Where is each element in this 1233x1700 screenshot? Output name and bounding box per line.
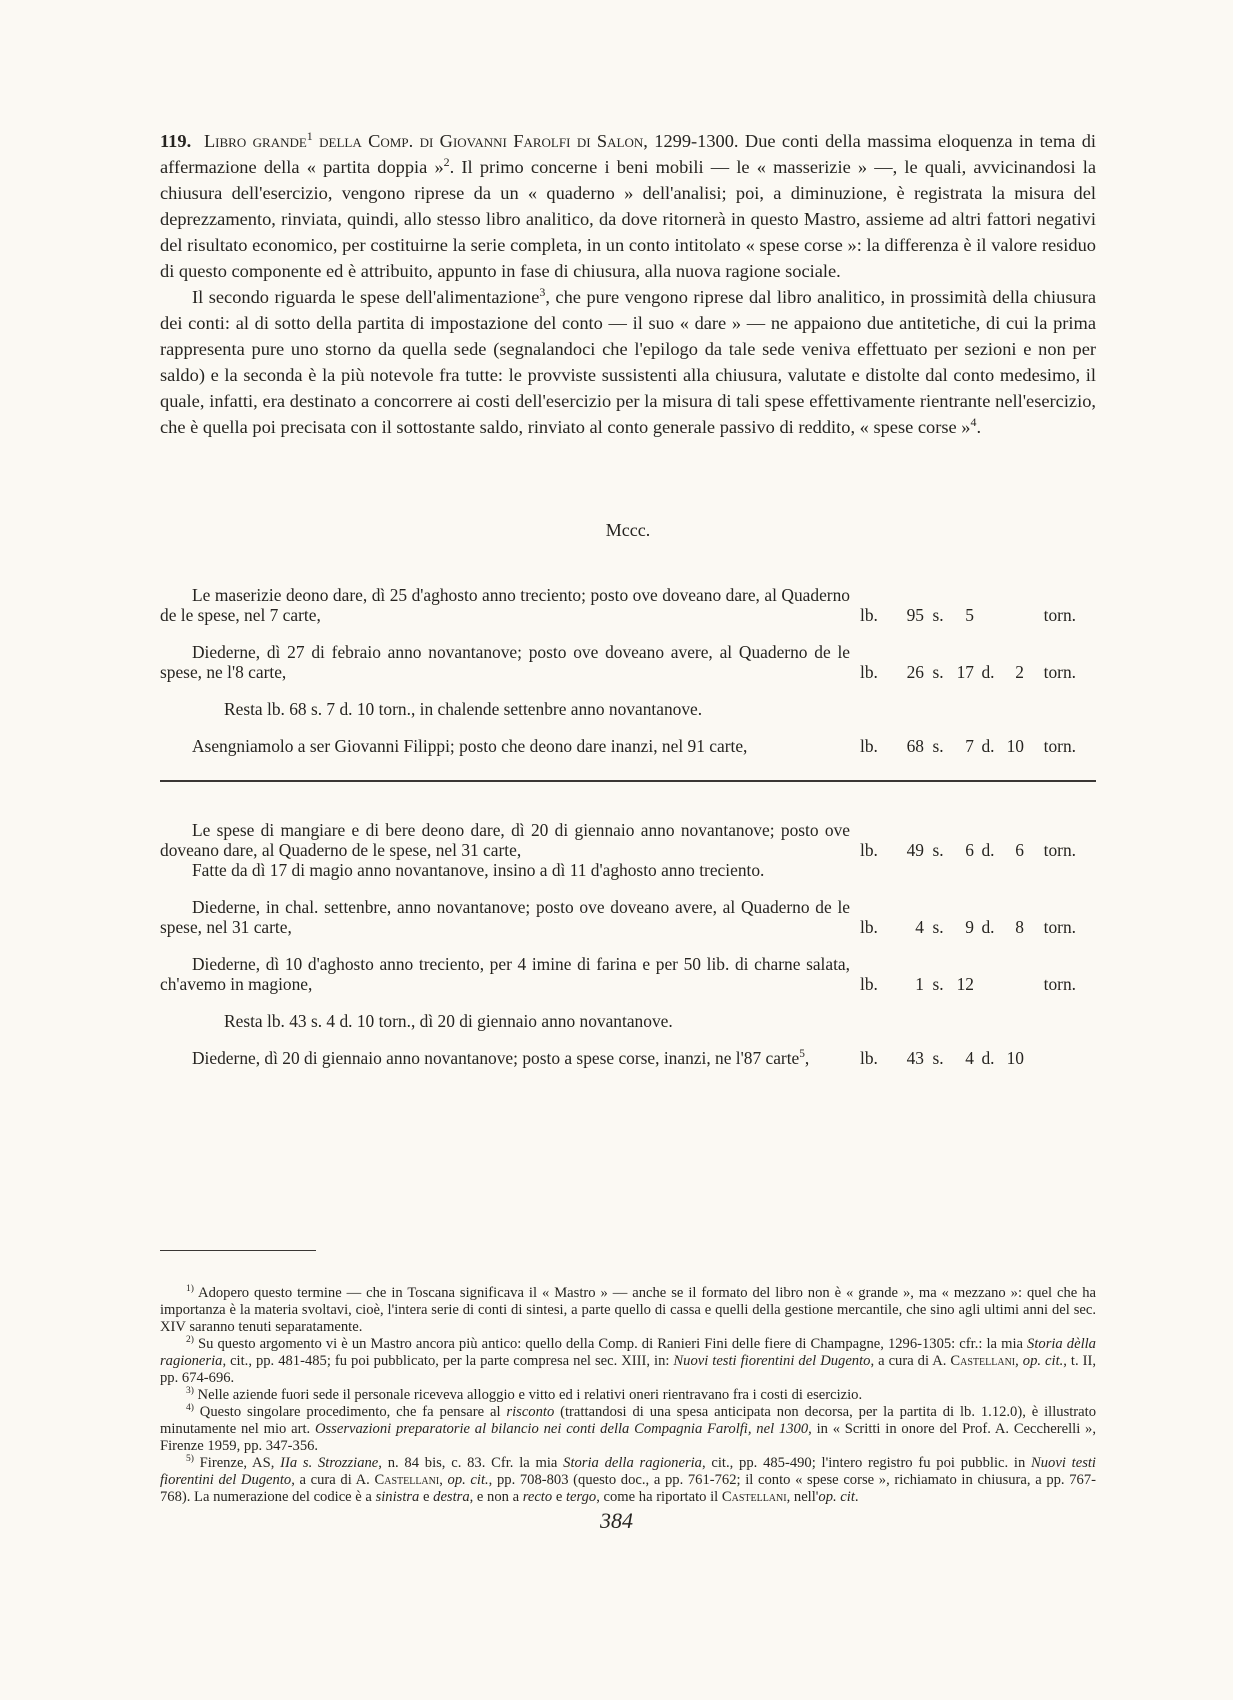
footnote-1: 1) Adopero questo termine — che in Tosca…: [160, 1285, 1096, 1336]
ledger-entry: Diederne, dì 27 di febraio anno novantan…: [160, 642, 1096, 682]
paragraph-text: Il secondo riguarda le spese dell'alimen…: [192, 287, 539, 307]
footnote-text: Nelle aziende fuori sede il personale ri…: [194, 1387, 862, 1403]
ledger-entry: Diederne, dì 10 d'aghosto anno treciento…: [160, 954, 1096, 994]
author-name: Castellani: [950, 1353, 1015, 1369]
footnote-text: Questo singolare procedimento, che fa pe…: [194, 1404, 507, 1420]
value-lb: 49: [894, 840, 924, 860]
balance-line: Resta lb. 43 s. 4 d. 10 torn., dì 20 di …: [224, 1011, 1096, 1031]
ledger-entry: Le maserizie deono dare, dì 25 d'aghosto…: [160, 585, 1096, 625]
unit-torn: torn.: [1024, 974, 1076, 994]
value-d: 10: [1002, 736, 1024, 756]
footnote-3: 3) Nelle aziende fuori sede il personale…: [160, 1387, 1096, 1404]
unit-d: [974, 605, 1002, 625]
unit-lb: lb.: [860, 662, 894, 682]
section-title: Libro grande: [204, 131, 307, 151]
unit-d: d.: [974, 1048, 1002, 1068]
footnote-mark: 4): [186, 1403, 194, 1413]
footnote-text: , e non a: [470, 1489, 523, 1505]
value-s: 12: [952, 974, 974, 994]
footnote-rule: [160, 1250, 316, 1251]
unit-d: d.: [974, 662, 1002, 682]
unit-torn: torn.: [1024, 662, 1076, 682]
footnote-text: , a cura di A.: [870, 1353, 950, 1369]
footnote-2: 2) Su questo argomento vi è un Mastro an…: [160, 1336, 1096, 1387]
unit-s: s.: [924, 736, 952, 756]
punctuation: ,: [805, 1048, 809, 1068]
footnote-text: , n. 84 bis, c. 83. Cfr. la mia: [378, 1455, 563, 1471]
entry-amount: lb.4s.9d.8torn.: [860, 917, 1096, 937]
paragraph-1: 119. Libro grande1 della Comp. di Giovan…: [160, 128, 1096, 284]
unit-torn: [1024, 1048, 1076, 1068]
footnote-text: Su questo argomento vi è un Mastro ancor…: [194, 1336, 1027, 1352]
unit-lb: lb.: [860, 1048, 894, 1068]
footnote-mark: 5): [186, 1454, 194, 1464]
footnote-text: Adopero questo termine — che in Toscana …: [160, 1285, 1096, 1335]
archive-ref: IIa s. Strozziane: [280, 1455, 378, 1471]
footnote-text: .: [855, 1489, 859, 1505]
unit-s: s.: [924, 974, 952, 994]
citation-abbrev: op. cit: [818, 1489, 854, 1505]
ledger-closing-entry: Diederne, dì 20 di giennaio anno novanta…: [160, 1048, 1096, 1068]
unit-s: s.: [924, 1048, 952, 1068]
footnote-mark: 2): [186, 1335, 194, 1345]
section-years: 1299-1300.: [648, 131, 739, 151]
value-lb: 68: [894, 736, 924, 756]
account-separator: [160, 780, 1096, 782]
value-s: 5: [952, 605, 974, 625]
value-lb: 4: [894, 917, 924, 937]
unit-s: s.: [924, 662, 952, 682]
footnote-text: ,: [439, 1472, 447, 1488]
page-number: 384: [0, 1508, 1233, 1534]
footnotes: 1) Adopero questo termine — che in Tosca…: [160, 1285, 1096, 1506]
entry-text: Diederne, dì 27 di febraio anno novantan…: [160, 642, 850, 682]
citation-abbrev: op. cit.: [448, 1472, 489, 1488]
author-name: Castellani: [374, 1472, 439, 1488]
citation-title: Osservazioni preparatorie al bilancio ne…: [315, 1421, 808, 1437]
entry-text: Le maserizie deono dare, dì 25 d'aghosto…: [160, 585, 850, 625]
citation-abbrev: op. cit.: [1023, 1353, 1063, 1369]
unit-lb: lb.: [860, 974, 894, 994]
footnote-text: , cit., pp. 481-485; fu poi pubblicato, …: [222, 1353, 673, 1369]
footnote-text: ,: [1015, 1353, 1023, 1369]
unit-d: d.: [974, 736, 1002, 756]
ledger-entry: Diederne, in chal. settenbre, anno novan…: [160, 897, 1096, 937]
value-s: 6: [952, 840, 974, 860]
value-s: 9: [952, 917, 974, 937]
entry-text: Le spese di mangiare e di bere deono dar…: [160, 820, 850, 860]
value-lb: 95: [894, 605, 924, 625]
entry-text: Diederne, dì 10 d'aghosto anno treciento…: [160, 954, 850, 994]
footnote-4: 4) Questo singolare procedimento, che fa…: [160, 1404, 1096, 1455]
unit-lb: lb.: [860, 736, 894, 756]
value-lb: 26: [894, 662, 924, 682]
footnote-text: , come ha riportato il: [596, 1489, 722, 1505]
unit-d: d.: [974, 917, 1002, 937]
entry-amount: lb.68s.7d.10torn.: [860, 736, 1096, 756]
paragraph-text: , che pure vengono riprese dal libro ana…: [160, 287, 1096, 437]
balance-line: Resta lb. 68 s. 7 d. 10 torn., in chalen…: [224, 699, 1096, 719]
value-lb: 1: [894, 974, 924, 994]
section-title-rest: della Comp. di Giovanni Farolfi di Salon…: [313, 131, 648, 151]
unit-d: [974, 974, 1002, 994]
value-d: 2: [1002, 662, 1024, 682]
unit-lb: lb.: [860, 917, 894, 937]
value-s: 4: [952, 1048, 974, 1068]
entry-note: Fatte da dì 17 di magio anno novantanove…: [160, 860, 1096, 880]
value-s: 7: [952, 736, 974, 756]
value-d: [1002, 605, 1024, 625]
ledger-entry: Le spese di mangiare e di bere deono dar…: [160, 820, 1096, 860]
unit-s: s.: [924, 605, 952, 625]
term: destra: [433, 1489, 469, 1505]
ledger-account-spese-mangiare: Le spese di mangiare e di bere deono dar…: [160, 820, 1096, 1068]
entry-amount: lb.1s.12torn.: [860, 974, 1096, 994]
footnote-text: e: [552, 1489, 566, 1505]
entry-text: Diederne, dì 20 di giennaio anno novanta…: [192, 1048, 799, 1068]
footnote-mark: 3): [186, 1386, 194, 1396]
footnote-mark: 1): [186, 1284, 194, 1294]
unit-s: s.: [924, 917, 952, 937]
footnote-text: e: [419, 1489, 433, 1505]
unit-lb: lb.: [860, 605, 894, 625]
footnote-text: , cit., pp. 485-490; l'intero registro f…: [702, 1455, 1031, 1471]
page: 119. Libro grande1 della Comp. di Giovan…: [160, 128, 1096, 1506]
ledger-account-masserizie: Le maserizie deono dare, dì 25 d'aghosto…: [160, 585, 1096, 756]
unit-lb: lb.: [860, 840, 894, 860]
term: risconto: [506, 1404, 554, 1420]
value-s: 17: [952, 662, 974, 682]
citation-title: Storia della ragioneria: [563, 1455, 702, 1471]
unit-torn: torn.: [1024, 840, 1076, 860]
note-text: Fatte da dì 17 di magio anno novantanove…: [160, 860, 1096, 880]
term: recto: [523, 1489, 552, 1505]
entry-text: Asengniamolo a ser Giovanni Filippi; pos…: [160, 736, 850, 756]
footnote-5: 5) Firenze, AS, IIa s. Strozziane, n. 84…: [160, 1455, 1096, 1506]
term: tergo: [566, 1489, 596, 1505]
author-name: Castellani: [722, 1489, 787, 1505]
value-d: 10: [1002, 1048, 1024, 1068]
unit-s: s.: [924, 840, 952, 860]
entry-amount: lb.49s.6d.6torn.: [860, 840, 1096, 860]
value-d: 8: [1002, 917, 1024, 937]
entry-text: Diederne, in chal. settenbre, anno novan…: [160, 897, 850, 937]
unit-torn: torn.: [1024, 736, 1076, 756]
value-d: [1002, 974, 1024, 994]
entry-amount: lb.95s.5torn.: [860, 605, 1096, 625]
entry-amount: lb.26s.17d.2torn.: [860, 662, 1096, 682]
unit-torn: torn.: [1024, 605, 1076, 625]
section-number: 119.: [160, 131, 191, 151]
paragraph-2: Il secondo riguarda le spese dell'alimen…: [160, 284, 1096, 440]
footnote-text: , a cura di A.: [291, 1472, 374, 1488]
entry-amount: lb.43s.4d.10: [860, 1048, 1096, 1068]
value-d: 6: [1002, 840, 1024, 860]
main-text: 119. Libro grande1 della Comp. di Giovan…: [160, 128, 1096, 440]
citation-title: Nuovi testi fiorentini del Dugento: [673, 1353, 870, 1369]
footnote-text: , nell': [787, 1489, 819, 1505]
value-lb: 43: [894, 1048, 924, 1068]
unit-torn: torn.: [1024, 917, 1076, 937]
unit-d: d.: [974, 840, 1002, 860]
ledger-closing-entry: Asengniamolo a ser Giovanni Filippi; pos…: [160, 736, 1096, 756]
term: sinistra: [376, 1489, 420, 1505]
punctuation: .: [976, 417, 981, 437]
footnote-text: Firenze, AS,: [194, 1455, 280, 1471]
ledger-year-heading: Mccc.: [160, 520, 1096, 541]
